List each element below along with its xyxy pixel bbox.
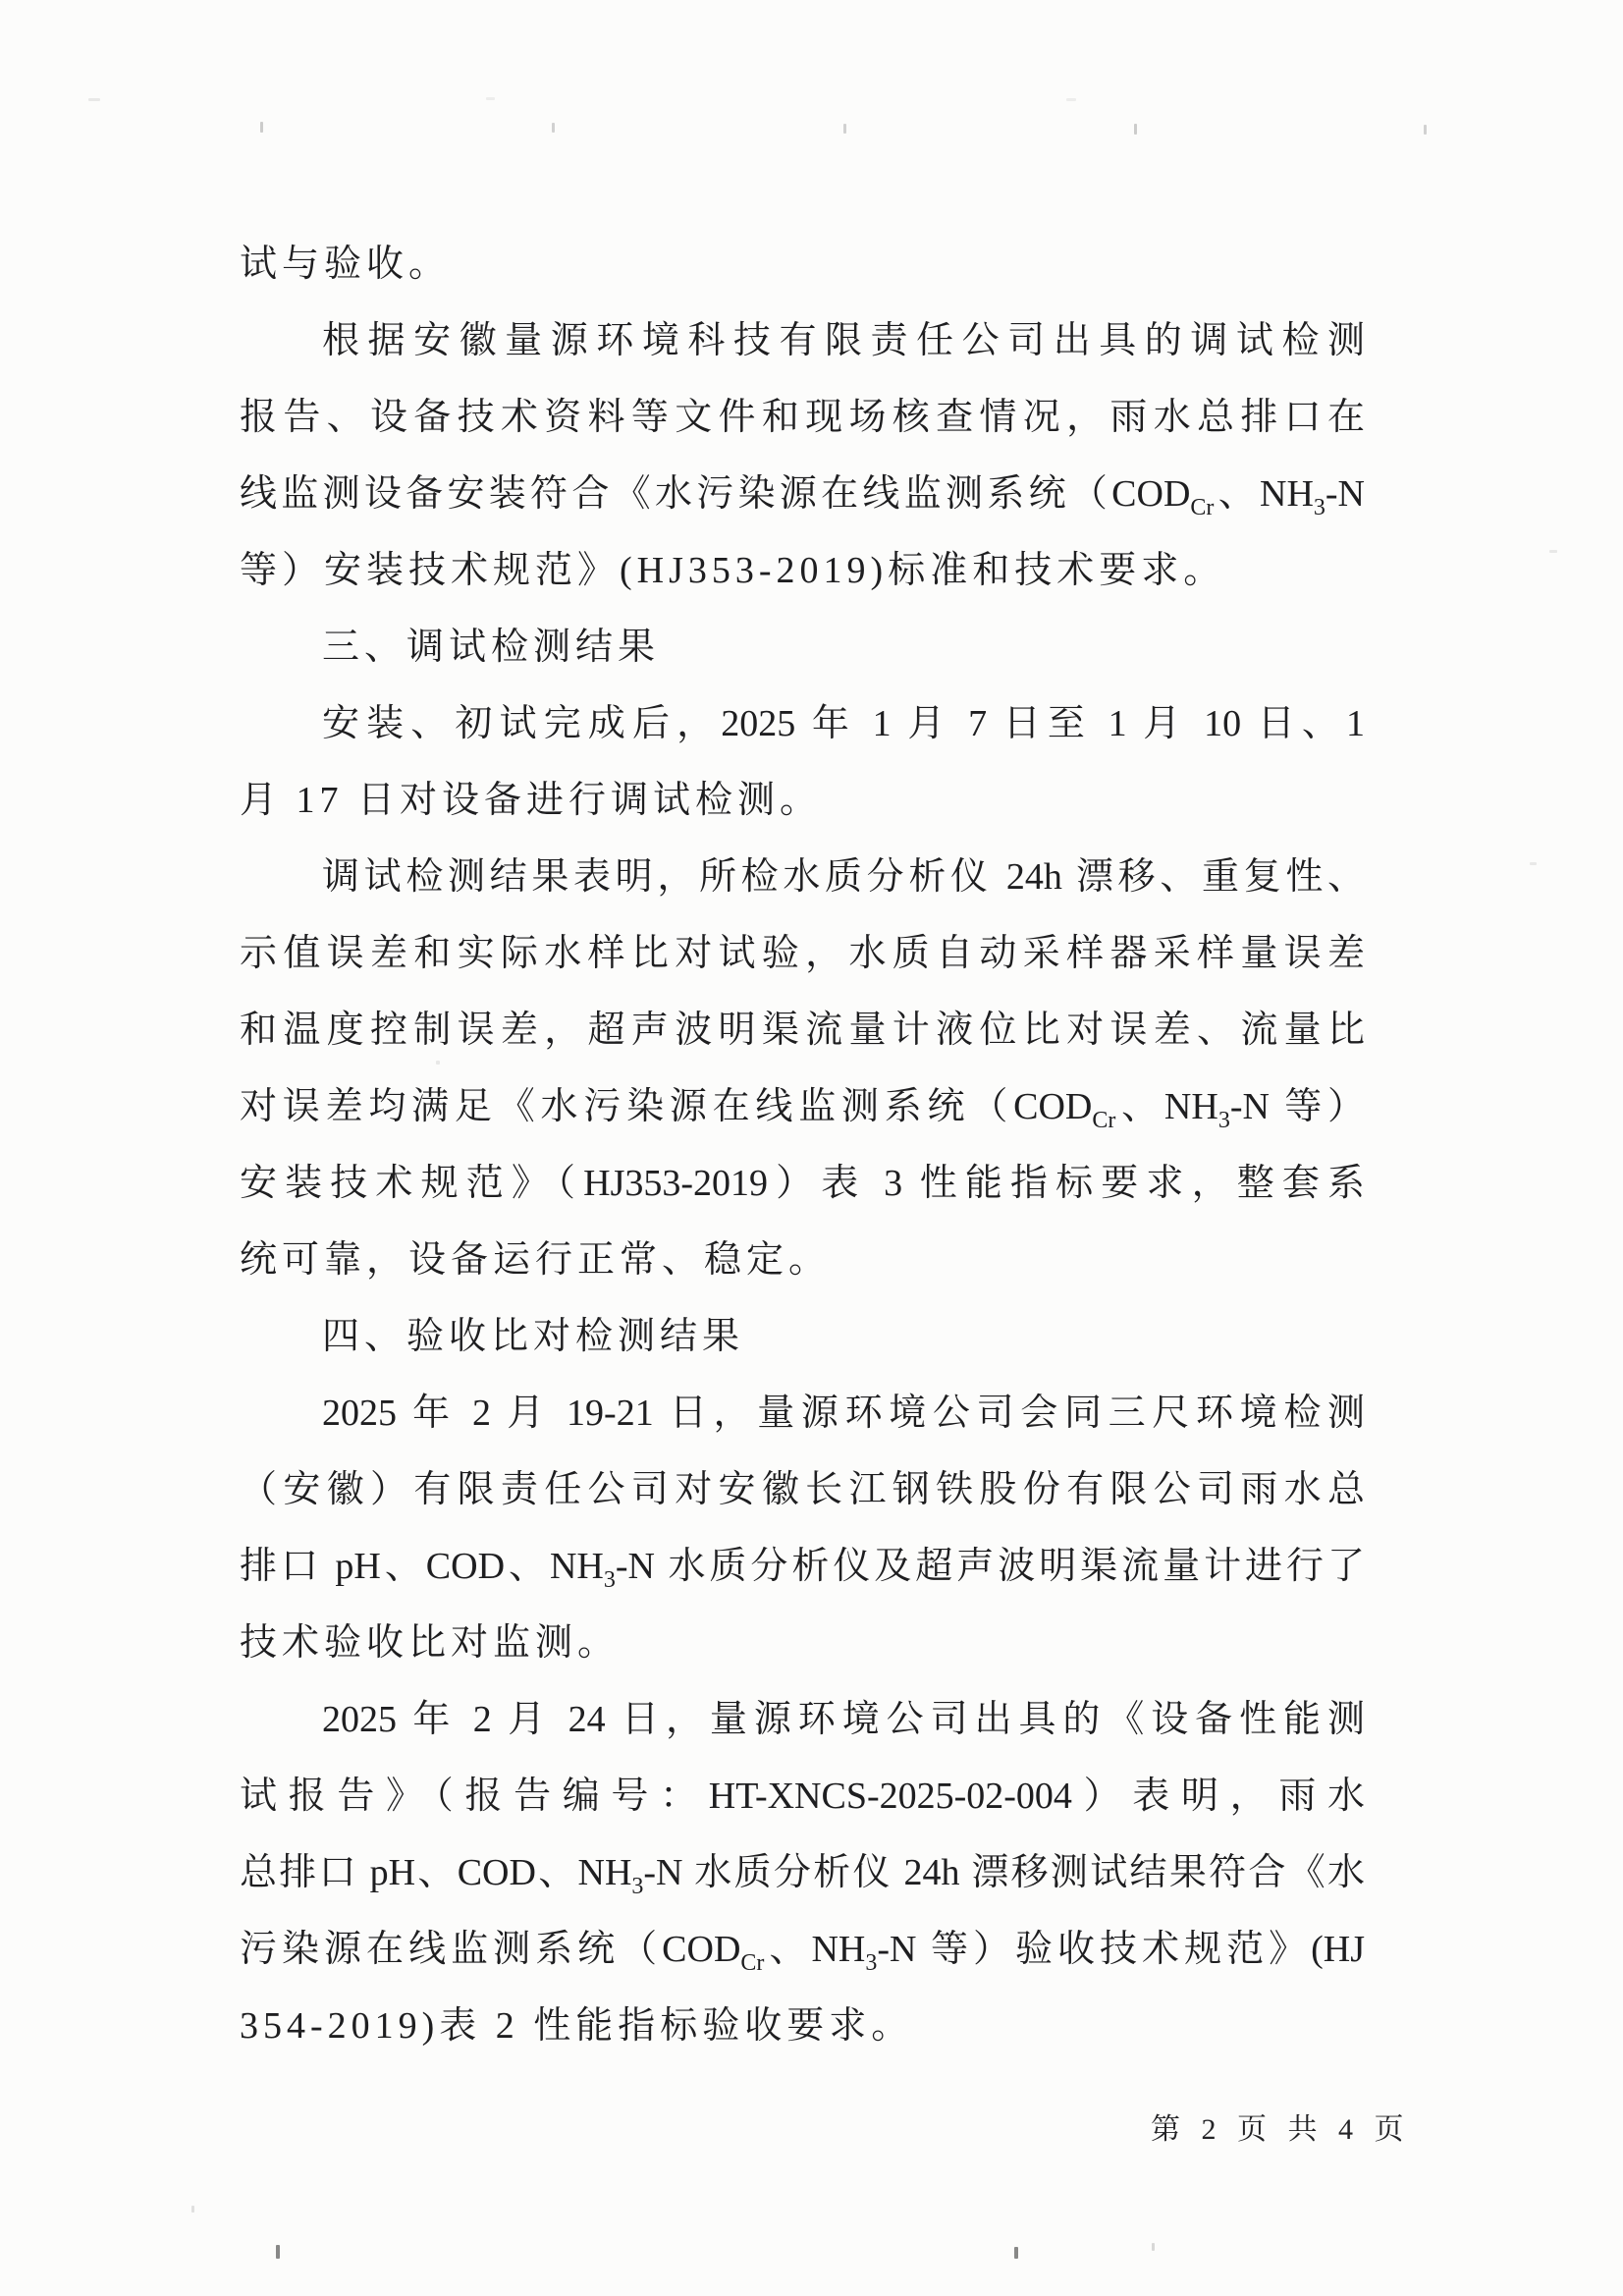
scan-speck: [436, 1061, 440, 1065]
text-run: -N 等）: [1230, 1086, 1365, 1127]
chemical-subscript: 3: [1314, 495, 1325, 520]
document-body: 试与验收。根据安徽量源环境科技有限责任公司出具的调试检测报告、设备技术资料等文件…: [240, 226, 1365, 2064]
text-line: 354-2019)表 2 性能指标验收要求。: [240, 1988, 1365, 2064]
text-line: 月 17 日对设备进行调试检测。: [240, 762, 1365, 839]
chemical-subscript: Cr: [740, 1950, 764, 1976]
text-line: 调试检测结果表明，所检水质分析仪 24h 漂移、重复性、: [240, 839, 1365, 915]
chemical-subscript: 3: [631, 1874, 643, 1899]
text-line: 安装、初试完成后，2025 年 1 月 7 日至 1 月 10 日、1: [240, 685, 1365, 762]
text-run: 污染源在线监测系统（COD: [240, 1929, 740, 1970]
text-line: 报告、设备技术资料等文件和现场核查情况，雨水总排口在: [240, 379, 1365, 456]
text-run: 调试检测结果表明，所检水质分析仪 24h 漂移、重复性、: [322, 856, 1365, 898]
text-run: 排口 pH、COD、NH: [240, 1546, 604, 1587]
chemical-subscript: 3: [865, 1950, 877, 1976]
chemical-subscript: 3: [1218, 1108, 1230, 1133]
text-run: -N: [1325, 473, 1365, 515]
text-run: 、NH: [1115, 1086, 1217, 1127]
text-run: 、NH: [1214, 473, 1313, 515]
text-run: 技术验收比对监测。: [240, 1622, 620, 1664]
scan-speck: [1424, 125, 1427, 135]
text-run: 报告、设备技术资料等文件和现场核查情况，雨水总排口在: [240, 397, 1365, 438]
scan-speck: [1066, 98, 1076, 101]
scanned-document-page: 试与验收。根据安徽量源环境科技有限责任公司出具的调试检测报告、设备技术资料等文件…: [0, 0, 1623, 2296]
text-run: 354-2019)表 2 性能指标验收要求。: [240, 2005, 913, 2047]
scan-speck: [843, 124, 846, 134]
text-line: 技术验收比对监测。: [240, 1605, 1365, 1681]
scan-speck: [486, 97, 495, 100]
text-line: 统可靠，设备运行正常、稳定。: [240, 1222, 1365, 1298]
text-line: 线监测设备安装符合《水污染源在线监测系统（CODCr、NH3-N: [240, 456, 1365, 532]
scan-speck: [88, 98, 100, 101]
scan-speck: [1549, 550, 1557, 553]
text-run: 安装技术规范》（HJ353-2019）表 3 性能指标要求，整套系: [240, 1163, 1365, 1204]
text-line: 根据安徽量源环境科技有限责任公司出具的调试检测: [240, 302, 1365, 379]
text-line: 试与验收。: [240, 226, 1365, 302]
text-run: 2025 年 2 月 24 日，量源环境公司出具的《设备性能测: [322, 1699, 1365, 1740]
text-line: 四、验收比对检测结果: [240, 1298, 1365, 1375]
text-run: 安装、初试完成后，2025 年 1 月 7 日至 1 月 10 日、1: [322, 703, 1365, 744]
chemical-subscript: Cr: [1190, 495, 1214, 520]
text-run: -N 水质分析仪及超声波明渠流量计进行了: [616, 1546, 1365, 1587]
chemical-subscript: 3: [604, 1567, 616, 1593]
text-line: （安徽）有限责任公司对安徽长江钢铁股份有限公司雨水总: [240, 1451, 1365, 1528]
text-line: 示值误差和实际水样比对试验，水质自动采样器采样量误差: [240, 915, 1365, 992]
text-line: 2025 年 2 月 19-21 日，量源环境公司会同三尺环境检测: [240, 1375, 1365, 1451]
scan-speck: [276, 2245, 280, 2259]
scan-speck: [1014, 2247, 1018, 2259]
text-run: 2025 年 2 月 19-21 日，量源环境公司会同三尺环境检测: [322, 1393, 1365, 1434]
text-run: 根据安徽量源环境科技有限责任公司出具的调试检测: [322, 320, 1365, 361]
page-footer: 第 2 页 共 4 页: [1151, 2107, 1411, 2153]
text-line: 等）安装技术规范》(HJ353-2019)标准和技术要求。: [240, 532, 1365, 609]
text-run: 试与验收。: [240, 244, 451, 285]
text-run: 线监测设备安装符合《水污染源在线监测系统（COD: [240, 473, 1190, 515]
scan-speck: [1134, 124, 1137, 135]
text-line: 污染源在线监测系统（CODCr、NH3-N 等）验收技术规范》(HJ: [240, 1911, 1365, 1988]
text-run: 四、验收比对检测结果: [322, 1316, 744, 1357]
text-run: 等）安装技术规范》(HJ353-2019)标准和技术要求。: [240, 550, 1225, 591]
scan-speck: [260, 122, 263, 133]
scan-speck: [191, 2206, 194, 2213]
text-line: 2025 年 2 月 24 日，量源环境公司出具的《设备性能测: [240, 1681, 1365, 1758]
chemical-subscript: Cr: [1092, 1108, 1115, 1133]
text-run: （安徽）有限责任公司对安徽长江钢铁股份有限公司雨水总: [240, 1469, 1365, 1510]
text-run: 示值误差和实际水样比对试验，水质自动采样器采样量误差: [240, 933, 1365, 974]
scan-speck: [1530, 862, 1537, 865]
text-line: 三、调试检测结果: [240, 609, 1365, 685]
text-line: 和温度控制误差，超声波明渠流量计液位比对误差、流量比: [240, 992, 1365, 1068]
scan-speck: [552, 123, 555, 133]
text-run: 总排口 pH、COD、NH: [240, 1852, 631, 1893]
text-run: 对误差均满足《水污染源在线监测系统（COD: [240, 1086, 1092, 1127]
text-run: 月 17 日对设备进行调试检测。: [240, 780, 822, 821]
text-line: 总排口 pH、COD、NH3-N 水质分析仪 24h 漂移测试结果符合《水: [240, 1834, 1365, 1911]
text-line: 对误差均满足《水污染源在线监测系统（CODCr、NH3-N 等）: [240, 1068, 1365, 1145]
text-line: 试报告》（报告编号：HT-XNCS-2025-02-004）表明，雨水: [240, 1758, 1365, 1834]
text-run: -N 等）验收技术规范》(HJ: [877, 1929, 1365, 1970]
text-run: 、NH: [764, 1929, 865, 1970]
text-run: 和温度控制误差，超声波明渠流量计液位比对误差、流量比: [240, 1010, 1365, 1051]
scan-speck: [1152, 2243, 1155, 2251]
text-run: 统可靠，设备运行正常、稳定。: [240, 1239, 831, 1281]
text-run: -N 水质分析仪 24h 漂移测试结果符合《水: [643, 1852, 1365, 1893]
text-run: 三、调试检测结果: [322, 627, 660, 668]
text-line: 排口 pH、COD、NH3-N 水质分析仪及超声波明渠流量计进行了: [240, 1528, 1365, 1605]
text-run: 试报告》（报告编号：HT-XNCS-2025-02-004）表明，雨水: [240, 1776, 1365, 1817]
text-line: 安装技术规范》（HJ353-2019）表 3 性能指标要求，整套系: [240, 1145, 1365, 1222]
